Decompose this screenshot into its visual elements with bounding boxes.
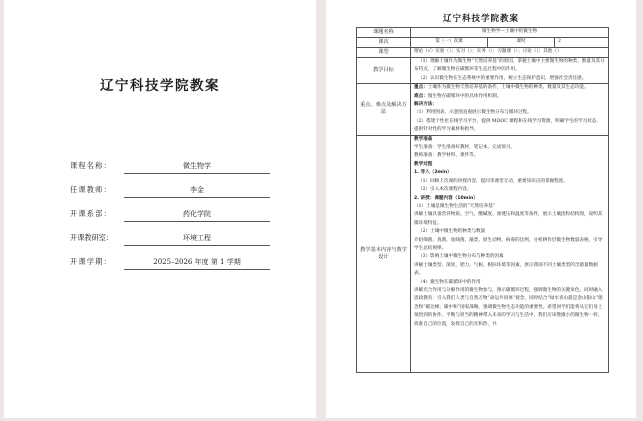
field-value: 2025–2026 年度 第 1 学期 bbox=[124, 257, 270, 270]
field-label: 任课教师： bbox=[70, 185, 122, 198]
field-department: 开课系部： 药化学院 bbox=[70, 198, 270, 222]
sub1-text: 讲解土壤具备营养物质、空气、酸碱度、渗透压和温度等条件，展示土壤团粒结构图，说明… bbox=[414, 211, 605, 228]
topic-label: 课题名称 bbox=[357, 28, 411, 38]
goals-label: 教学目标 bbox=[357, 58, 411, 84]
field-value: 药化学院 bbox=[124, 209, 270, 222]
field-label: 开课教研室： bbox=[70, 233, 122, 246]
session-value: 第（一）次课 bbox=[411, 38, 488, 48]
key-points-label: 重点、难点及解决方法 bbox=[357, 84, 411, 135]
goal-item: （1）理解土壤作为微生物“天然培养基”的原因，掌握土壤中主要微生物的种类、数量及… bbox=[414, 58, 605, 75]
cover-fields: 课程名称： 微生物学 任课教师： 李金 开课系部： 药化学院 开课教研室： 环境… bbox=[70, 150, 270, 270]
lesson-plan-table: 课题名称 微生物学—土壤中的微生物 课次 第（一）次课 课时 2 课型 理论（√… bbox=[356, 27, 609, 373]
row-goals: 教学目标 （1）理解土壤作为微生物“天然培养基”的原因，掌握土壤中主要微生物的种… bbox=[357, 58, 609, 84]
sub4-text: 讲解光合作用与分解作用的微生物参与，图示碳循环过程，强调微生物的关键角色。同时融… bbox=[414, 287, 605, 329]
field-teacher: 任课教师： 李金 bbox=[70, 174, 270, 198]
difficulty-title: 难点： bbox=[414, 94, 428, 99]
difficulty-line: 难点：微生物在碳循环中的具体作用机制。 bbox=[414, 93, 605, 101]
field-label: 开课学期： bbox=[70, 257, 122, 270]
content-body: 教学准备 学生准备：学生准备好教材、笔记本，完成预习。 教师准备：教学材料、课件… bbox=[411, 135, 609, 372]
field-teaching-office: 开课教研室： 环境工程 bbox=[70, 222, 270, 246]
method-title: 解决方法： bbox=[414, 101, 605, 109]
hours-value: 2 bbox=[555, 38, 609, 48]
difficulty-text: 微生物在碳循环中的具体作用机制。 bbox=[428, 94, 502, 99]
cover-title: 辽宁科技学院教案 bbox=[4, 74, 316, 94]
sub4-title: （4）微生物在碳循环中的作用 bbox=[414, 279, 605, 287]
method-item: （1）利用图表、示意图直观展示微生物分布与循环过程。 bbox=[414, 109, 605, 117]
goal-item: （2）认识微生物在生态系统中的重要作用，树立生态保护意识，增强社会责任感。 bbox=[414, 75, 605, 83]
row-key-points: 重点、难点及解决方法 重点：土壤作为微生物天然培养基的条件，土壤中微生物的种类、… bbox=[357, 84, 609, 135]
step1-item: （2）引入本次课程内容。 bbox=[414, 186, 605, 194]
type-value: 理论（√）实验（）；实习（）；实务（）；习题课（）；讨论（）；其他（） bbox=[411, 48, 609, 58]
sub2-text: 介绍细菌、真菌、放线菌、藻类、原生动物、病毒的比例，分析耕作层微生物数量表格，引… bbox=[414, 237, 605, 254]
teacher-prep: 教师准备：教学材料、课件等。 bbox=[414, 152, 605, 160]
row-content: 教学基本内容与教学设计 教学准备 学生准备：学生准备好教材、笔记本，完成预习。 … bbox=[357, 135, 609, 372]
field-semester: 开课学期： 2025–2026 年度 第 1 学期 bbox=[70, 246, 270, 270]
type-label: 课型 bbox=[357, 48, 411, 58]
step1-item: （1）回顾上次课的讲授内容，提问等课堂互动，重要知识点的掌握程度。 bbox=[414, 178, 605, 186]
student-prep: 学生准备：学生准备好教材、笔记本，完成预习。 bbox=[414, 144, 605, 152]
content-label: 教学基本内容与教学设计 bbox=[357, 135, 411, 372]
field-value: 微生物学 bbox=[124, 161, 270, 174]
topic-value: 微生物学—土壤中的微生物 bbox=[411, 28, 609, 38]
sub1-title: （1）土壤是微生物生活的“天然培养基” bbox=[414, 203, 605, 211]
sub3-text: 讲解土壤类型、深度、肥力、气候、根际环境等因素，展示我国不同土壤类型的含菌量数据… bbox=[414, 262, 605, 279]
focus-title: 重点： bbox=[414, 85, 428, 90]
row-topic: 课题名称 微生物学—土壤中的微生物 bbox=[357, 28, 609, 38]
field-label: 开课系部： bbox=[70, 209, 122, 222]
field-course-name: 课程名称： 微生物学 bbox=[70, 150, 270, 174]
sub2-title: （2）土壤中微生物的种类与数量 bbox=[414, 228, 605, 236]
row-type: 课型 理论（√）实验（）；实习（）；实务（）；习题课（）；讨论（）；其他（） bbox=[357, 48, 609, 58]
step2-title: 2. 讲授：课题内容（10min） bbox=[414, 195, 605, 203]
focus-text: 土壤作为微生物天然培养基的条件，土壤中微生物的种类、数量及其生态功能。 bbox=[428, 85, 589, 90]
field-value: 李金 bbox=[124, 185, 270, 198]
sub3-title: （3）影响土壤中微生物分布与种类的因素 bbox=[414, 253, 605, 261]
goals-content: （1）理解土壤作为微生物“天然培养基”的原因，掌握土壤中主要微生物的种类、数量及… bbox=[411, 58, 609, 84]
row-session: 课次 第（一）次课 课时 2 bbox=[357, 38, 609, 48]
plan-title: 辽宁科技学院教案 bbox=[326, 12, 636, 24]
prep-title: 教学准备 bbox=[414, 136, 605, 144]
key-points-content: 重点：土壤作为微生物天然培养基的条件，土壤中微生物的种类、数量及其生态功能。 难… bbox=[411, 84, 609, 135]
field-label: 课程名称： bbox=[70, 161, 122, 174]
step1-title: 1. 导入（2min） bbox=[414, 169, 605, 177]
field-value: 环境工程 bbox=[124, 233, 270, 246]
method-item: （2）搭建个性化在线学习平台，提供 MOOC 课程和在线学习资源，明确学生的学习… bbox=[414, 118, 605, 135]
session-label: 课次 bbox=[357, 38, 411, 48]
focus-line: 重点：土壤作为微生物天然培养基的条件，土壤中微生物的种类、数量及其生态功能。 bbox=[414, 84, 605, 92]
hours-label: 课时 bbox=[488, 38, 555, 48]
lesson-plan-page: 辽宁科技学院教案 课题名称 微生物学—土壤中的微生物 课次 第（一）次课 课时 … bbox=[326, 0, 636, 418]
cover-page: 辽宁科技学院教案 课程名称： 微生物学 任课教师： 李金 开课系部： 药化学院 … bbox=[4, 0, 316, 418]
process-title: 教学过程 bbox=[414, 161, 605, 169]
